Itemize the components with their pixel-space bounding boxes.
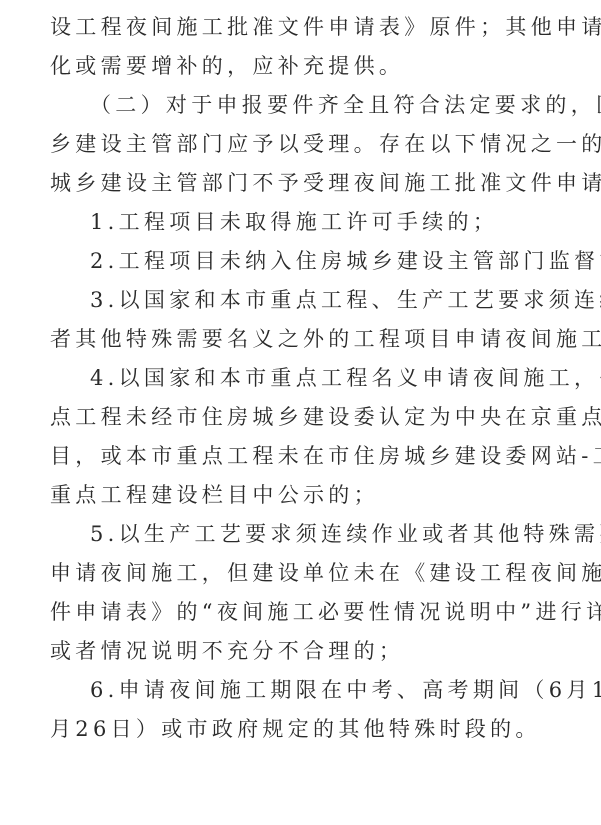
text-line: 目，或本市重点工程未在市住房城乡建设委网站-工程建设-: [50, 441, 570, 471]
text-line: 申请夜间施工，但建设单位未在《建设工程夜间施工批准文: [50, 558, 570, 588]
text-line: 或者情况说明不充分不合理的；: [50, 636, 570, 666]
list-item-4: 4.以国家和本市重点工程名义申请夜间施工，但国家重: [90, 363, 601, 393]
document-page: 设工程夜间施工批准文件申请表》原件；其他申请材料有变 化或需要增补的，应补充提供…: [0, 0, 601, 825]
list-item-5: 5.以生产工艺要求须连续作业或者其他特殊需要名义: [90, 519, 601, 549]
list-item-6: 6.申请夜间施工期限在中考、高考期间（6月1日至6: [90, 675, 601, 705]
text-line: 化或需要增补的，应补充提供。: [50, 51, 570, 81]
text-line: 件申请表》的“夜间施工必要性情况说明中”进行详细说明: [50, 597, 570, 627]
text-line: 设工程夜间施工批准文件申请表》原件；其他申请材料有变: [50, 12, 570, 42]
text-line: 者其他特殊需要名义之外的工程项目申请夜间施工的；: [50, 324, 570, 354]
list-item-2: 2.工程项目未纳入住房城乡建设主管部门监督管理的；: [90, 246, 601, 276]
list-item-1: 1.工程项目未取得施工许可手续的；: [90, 207, 601, 237]
text-line: 城乡建设主管部门不予受理夜间施工批准文件申请：: [50, 168, 570, 198]
text-line: 乡建设主管部门应予以受理。存在以下情况之一的，区住房: [50, 129, 570, 159]
list-item-3: 3.以国家和本市重点工程、生产工艺要求须连续作业或: [90, 285, 601, 315]
paragraph-2-start: （二）对于申报要件齐全且符合法定要求的，区住房城: [90, 90, 601, 120]
text-line: 重点工程建设栏目中公示的；: [50, 480, 570, 510]
text-line: 点工程未经市住房城乡建设委认定为中央在京重点建设项: [50, 402, 570, 432]
text-line: 月26日）或市政府规定的其他特殊时段的。: [50, 714, 570, 744]
